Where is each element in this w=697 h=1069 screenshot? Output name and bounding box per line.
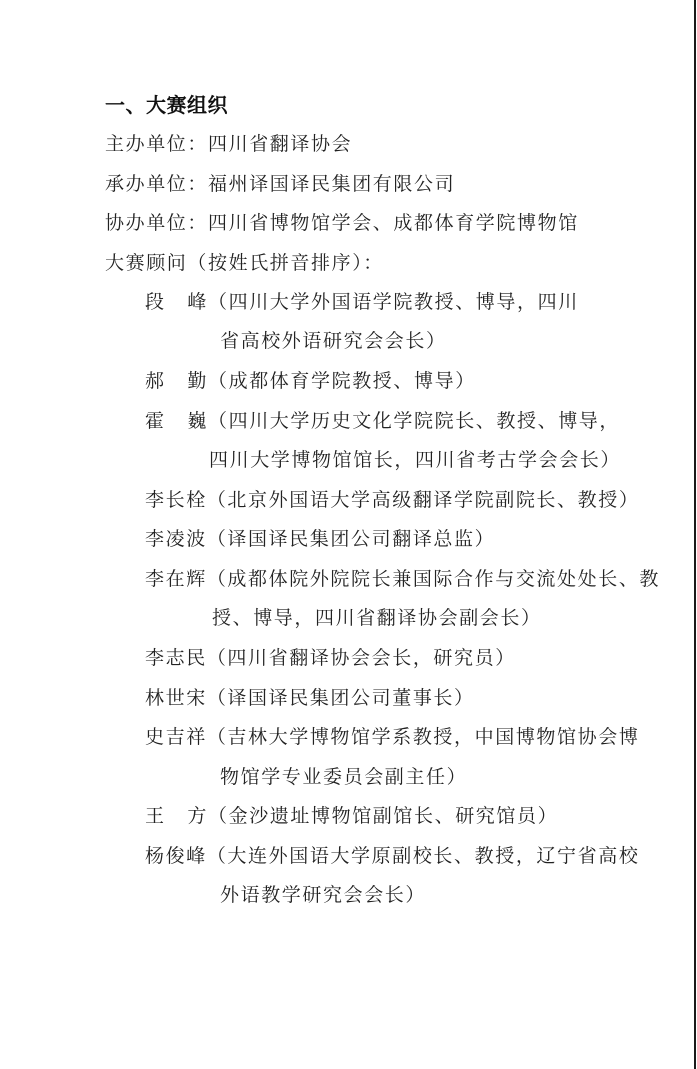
advisor-entry: 李在辉（成都体院外院院长兼国际合作与交流处处长、教 (145, 567, 660, 591)
advisor-title-continuation: 外语教学研究会会长） (220, 883, 426, 907)
advisor-name: 李长栓 (145, 488, 207, 512)
advisor-name-char: 峰 (187, 290, 208, 314)
advisor-name: 王方 (145, 804, 208, 828)
advisor-name-char: 郝 (145, 369, 166, 393)
section-heading: 一、大赛组织 (105, 92, 228, 118)
advisor-entry: 李志民（四川省翻译协会会长，研究员） (145, 646, 516, 670)
organizer-line: 承办单位：福州译国译民集团有限公司 (105, 172, 455, 196)
advisor-entry: 霍巍（四川大学历史文化学院院长、教授、博导， (145, 409, 620, 433)
advisor-title-continuation: 物馆学专业委员会副主任） (220, 765, 467, 789)
advisor-name: 李凌波 (145, 527, 207, 551)
advisor-name: 史吉祥 (145, 725, 207, 749)
advisor-title: （吉林大学博物馆学系教授，中国博物馆协会博 (207, 726, 640, 748)
advisor-title-continuation: 省高校外语研究会会长） (220, 329, 447, 353)
advisor-name: 郝勤 (145, 369, 208, 393)
advisor-entry: 段峰（四川大学外国语学院教授、博导，四川 (145, 290, 579, 314)
advisor-name: 李在辉 (145, 567, 207, 591)
advisor-name-char: 勤 (187, 369, 208, 393)
advisor-title-continuation: 授、博导，四川省翻译协会副会长） (212, 606, 542, 630)
advisor-title: （北京外国语大学高级翻译学院副院长、教授） (207, 489, 640, 511)
advisor-title-continuation: 四川大学博物馆馆长，四川省考古学会会长） (209, 448, 621, 472)
advisor-entry: 郝勤（成都体育学院教授、博导） (145, 369, 476, 393)
advisor-name-char: 段 (145, 290, 166, 314)
advisor-name: 李志民 (145, 646, 207, 670)
document-page: 一、大赛组织 主办单位：四川省翻译协会 承办单位：福州译国译民集团有限公司 协办… (0, 0, 697, 1069)
advisor-title: （金沙遗址博物馆副馆长、研究馆员） (208, 805, 558, 827)
advisor-title: （四川省翻译协会会长，研究员） (207, 647, 516, 669)
co-organizer-line: 协办单位：四川省博物馆学会、成都体育学院博物馆 (105, 211, 579, 235)
advisor-title: （大连外国语大学原副校长、教授，辽宁省高校 (207, 845, 640, 867)
advisor-name: 林世宋 (145, 686, 207, 710)
advisor-entry: 史吉祥（吉林大学博物馆学系教授，中国博物馆协会博 (145, 725, 639, 749)
advisor-title: （成都体育学院教授、博导） (208, 370, 476, 392)
advisor-title: （四川大学外国语学院教授、博导，四川 (208, 291, 579, 313)
advisor-entry: 李凌波（译国译民集团公司翻译总监） (145, 527, 495, 551)
advisor-entry: 王方（金沙遗址博物馆副馆长、研究馆员） (145, 804, 558, 828)
page-edge-border (694, 0, 696, 1069)
advisor-entry: 杨俊峰（大连外国语大学原副校长、教授，辽宁省高校 (145, 844, 639, 868)
advisor-name: 霍巍 (145, 409, 208, 433)
advisor-title: （译国译民集团公司翻译总监） (207, 528, 495, 550)
advisor-name-char: 巍 (187, 409, 208, 433)
advisor-name-char: 方 (187, 804, 208, 828)
advisor-title: （四川大学历史文化学院院长、教授、博导， (208, 410, 620, 432)
advisor-name: 段峰 (145, 290, 208, 314)
advisor-title: （成都体院外院院长兼国际合作与交流处处长、教 (207, 568, 660, 590)
advisor-entry: 林世宋（译国译民集团公司董事长） (145, 686, 475, 710)
advisor-title: （译国译民集团公司董事长） (207, 687, 475, 709)
advisor-name-char: 霍 (145, 409, 166, 433)
advisors-label: 大赛顾问（按姓氏拼音排序）： (105, 251, 384, 275)
advisor-name-char: 王 (145, 804, 166, 828)
host-line: 主办单位：四川省翻译协会 (105, 132, 352, 156)
advisor-name: 杨俊峰 (145, 844, 207, 868)
advisor-entry: 李长栓（北京外国语大学高级翻译学院副院长、教授） (145, 488, 639, 512)
